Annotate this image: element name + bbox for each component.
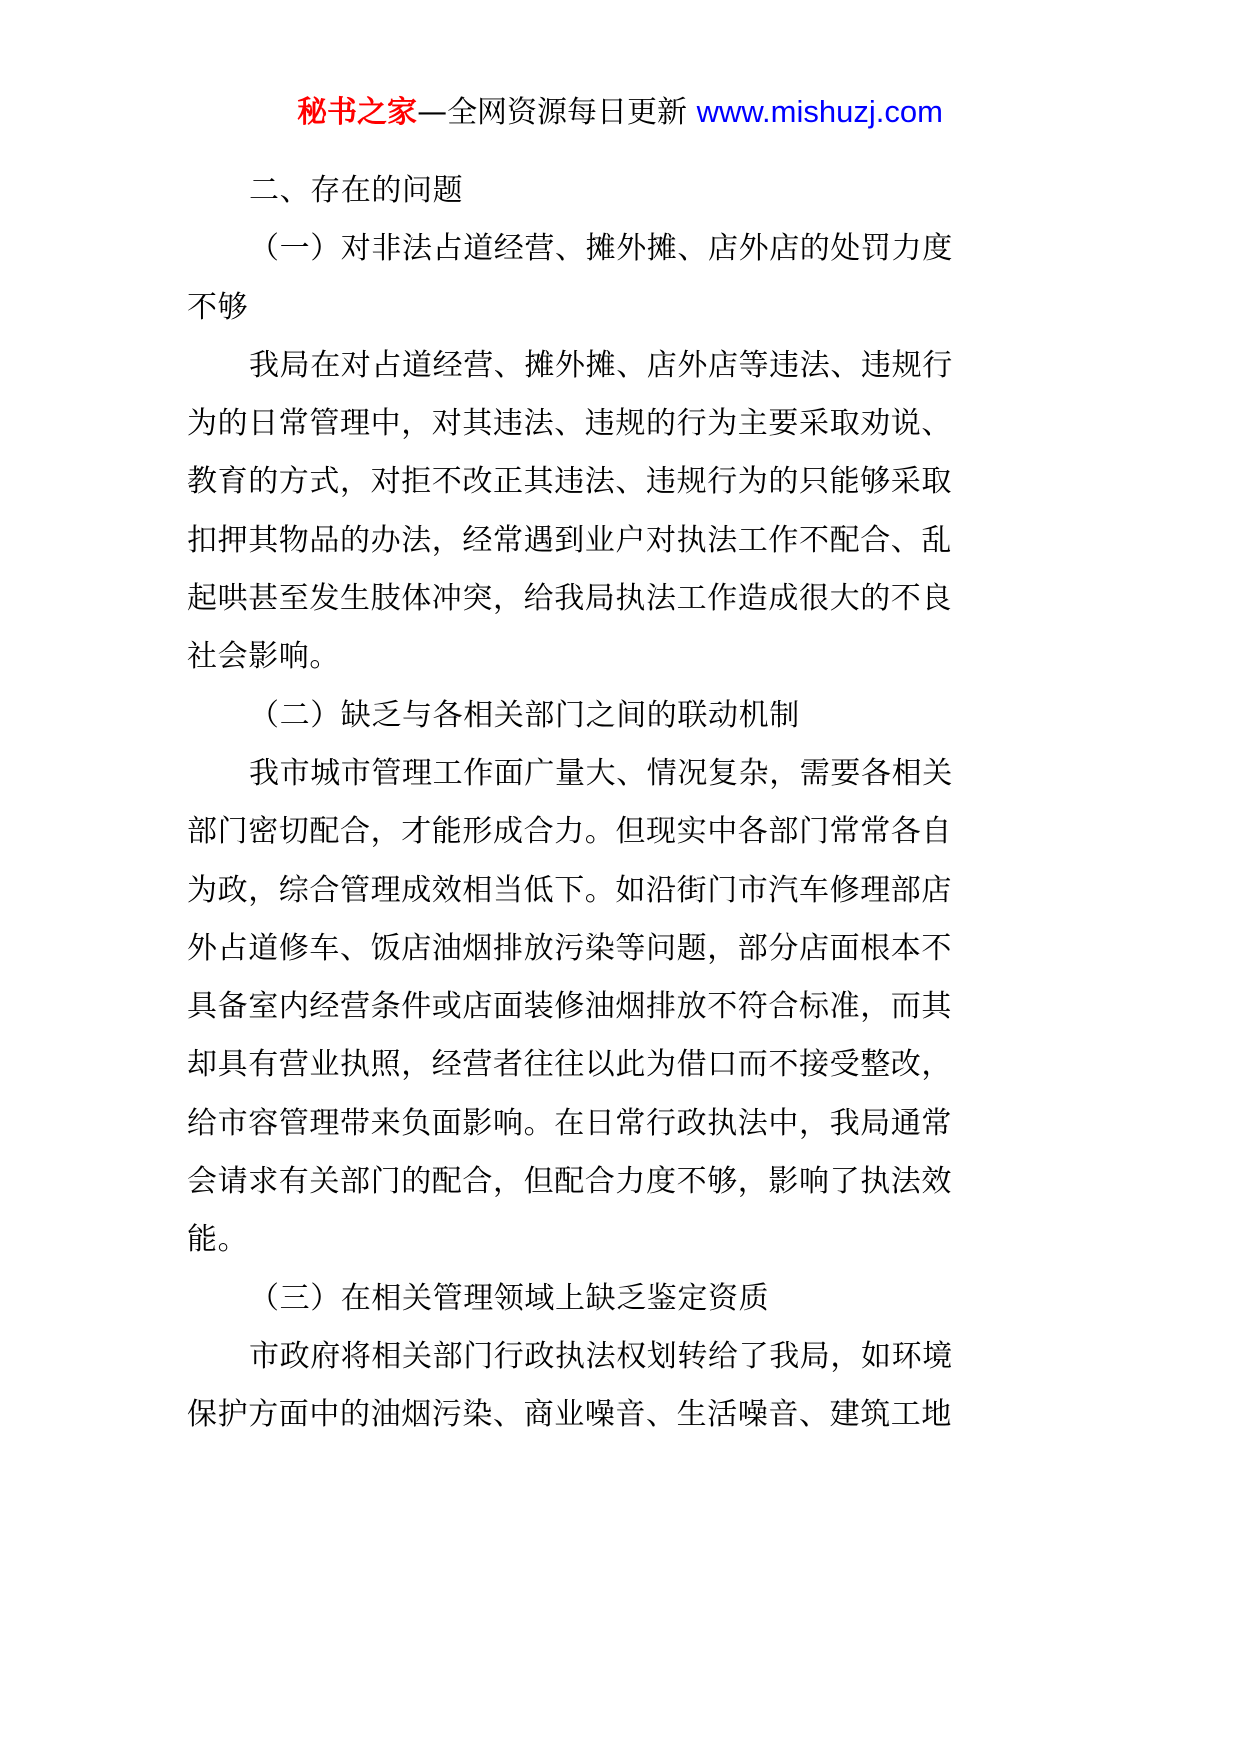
- heading-3: （三）在相关管理领域上缺乏鉴定资质: [187, 1270, 1067, 1328]
- paragraph-2: 我市城市管理工作面广量大、情况复杂，需要各相关 部门密切配合，才能形成合力。但现…: [187, 745, 1067, 1270]
- heading-1: （一）对非法占道经营、摊外摊、店外店的处罚力度 不够: [187, 220, 1067, 337]
- paragraph-line: 扣押其物品的办法，经常遇到业户对执法工作不配合、乱: [187, 512, 1067, 570]
- paragraph-line: 部门密切配合，才能形成合力。但现实中各部门常常各自: [187, 803, 1067, 861]
- document-body: 二、存在的问题 （一）对非法占道经营、摊外摊、店外店的处罚力度 不够 我局在对占…: [187, 162, 1067, 1445]
- paragraph-line: 我市城市管理工作面广量大、情况复杂，需要各相关: [187, 745, 1067, 803]
- paragraph-line: 市政府将相关部门行政执法权划转给了我局，如环境: [187, 1328, 1067, 1386]
- paragraph-line: 保护方面中的油烟污染、商业噪音、生活噪音、建筑工地: [187, 1386, 1067, 1444]
- site-url-link[interactable]: www.mishuzj.com: [697, 94, 943, 129]
- paragraph-line: 却具有营业执照，经营者往往以此为借口而不接受整改，: [187, 1036, 1067, 1094]
- site-header: 秘书之家—全网资源每日更新 www.mishuzj.com: [0, 92, 1240, 133]
- section-title: 二、存在的问题: [187, 162, 1067, 220]
- paragraph-line: 具备室内经营条件或店面装修油烟排放不符合标准，而其: [187, 978, 1067, 1036]
- heading-line: （二）缺乏与各相关部门之间的联动机制: [187, 687, 1067, 745]
- paragraph-line: 起哄甚至发生肢体冲突，给我局执法工作造成很大的不良: [187, 570, 1067, 628]
- paragraph-line: 会请求有关部门的配合，但配合力度不够，影响了执法效: [187, 1153, 1067, 1211]
- heading-line: （一）对非法占道经营、摊外摊、店外店的处罚力度: [187, 220, 1067, 278]
- heading-line: （三）在相关管理领域上缺乏鉴定资质: [187, 1270, 1067, 1328]
- site-brand: 秘书之家: [297, 95, 417, 130]
- paragraph-3: 市政府将相关部门行政执法权划转给了我局，如环境 保护方面中的油烟污染、商业噪音、…: [187, 1328, 1067, 1445]
- heading-line: 不够: [187, 279, 1067, 337]
- heading-2: （二）缺乏与各相关部门之间的联动机制: [187, 687, 1067, 745]
- paragraph-line: 教育的方式，对拒不改正其违法、违规行为的只能够采取: [187, 453, 1067, 511]
- paragraph-line: 给市容管理带来负面影响。在日常行政执法中，我局通常: [187, 1095, 1067, 1153]
- paragraph-1: 我局在对占道经营、摊外摊、店外店等违法、违规行 为的日常管理中，对其违法、违规的…: [187, 337, 1067, 687]
- site-tagline: —全网资源每日更新: [417, 95, 697, 130]
- paragraph-line: 社会影响。: [187, 628, 1067, 686]
- paragraph-line: 能。: [187, 1211, 1067, 1269]
- paragraph-line: 为的日常管理中，对其违法、违规的行为主要采取劝说、: [187, 395, 1067, 453]
- paragraph-line: 为政，综合管理成效相当低下。如沿街门市汽车修理部店: [187, 862, 1067, 920]
- paragraph-line: 我局在对占道经营、摊外摊、店外店等违法、违规行: [187, 337, 1067, 395]
- paragraph-line: 外占道修车、饭店油烟排放污染等问题，部分店面根本不: [187, 920, 1067, 978]
